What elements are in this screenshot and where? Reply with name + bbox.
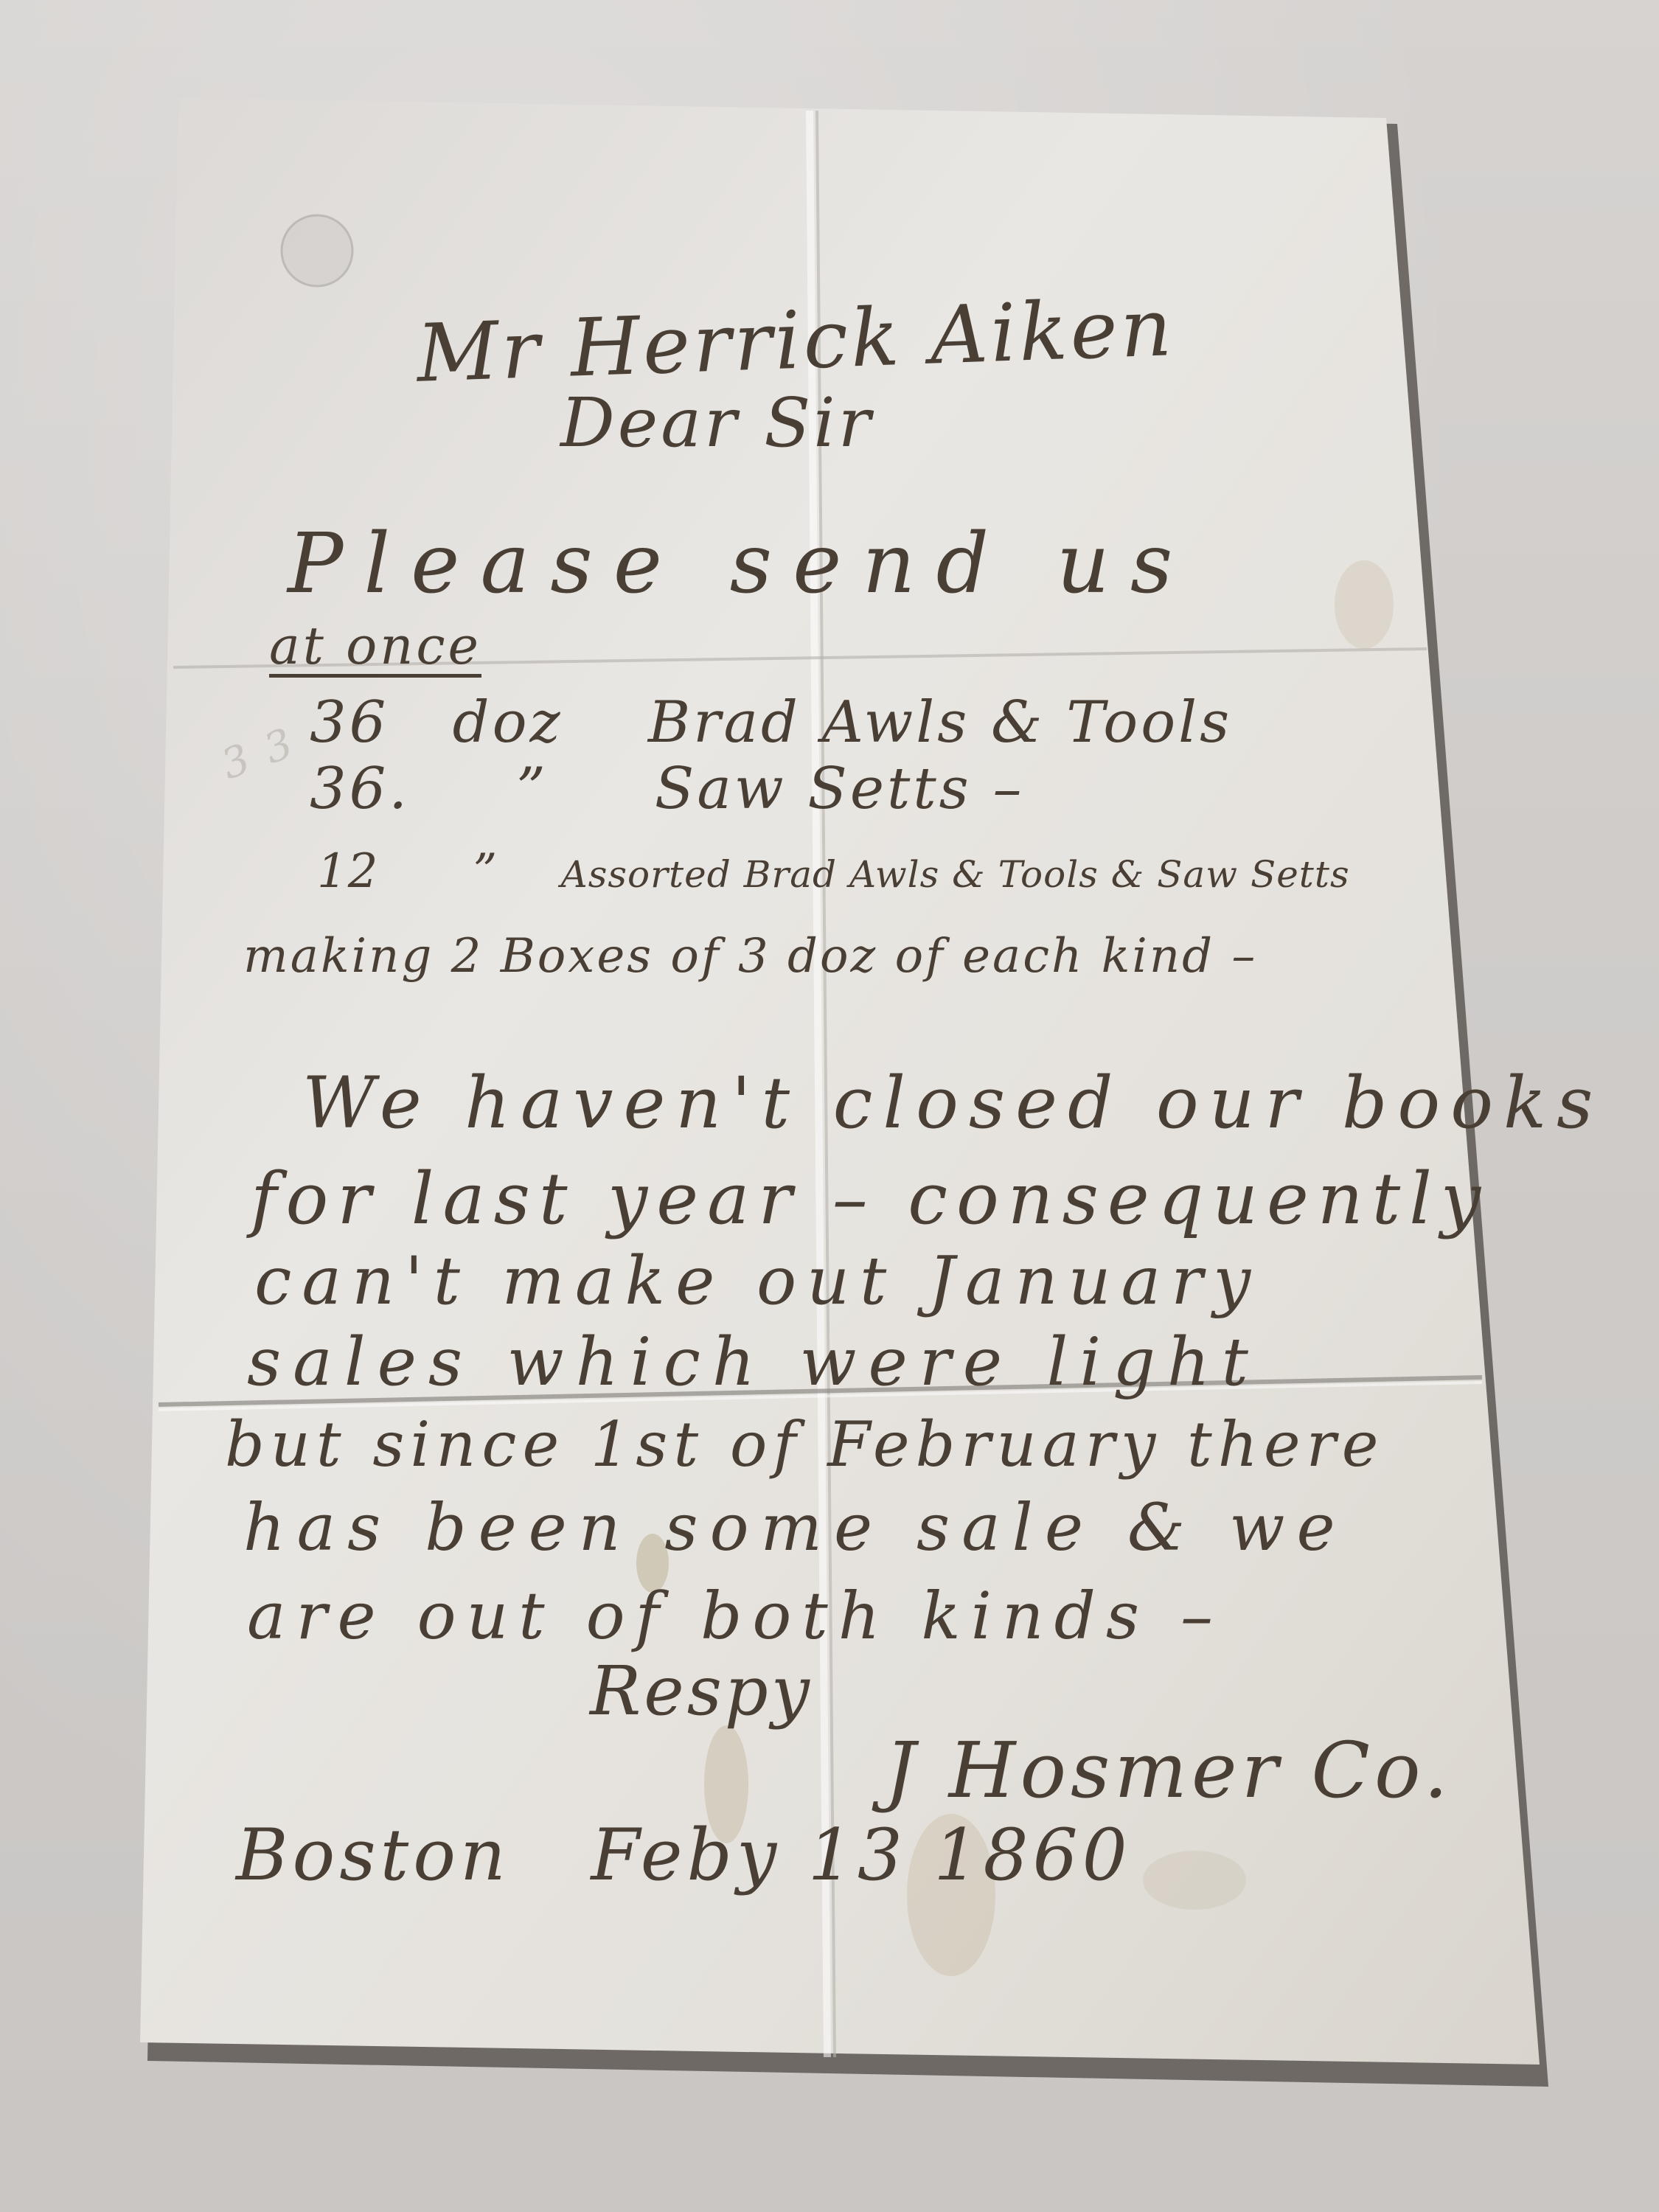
order-item-name: Saw Setts – bbox=[655, 756, 1025, 822]
place: Boston bbox=[236, 1814, 510, 1896]
order-qty: 12 bbox=[317, 844, 378, 899]
body-line: for last year – consequently bbox=[251, 1158, 1489, 1240]
order-note: making 2 Boxes of 3 doz of each kind – bbox=[243, 929, 1257, 984]
order-qty: 36 bbox=[310, 689, 389, 756]
order-unit: ” bbox=[516, 756, 549, 822]
body-line: but since 1st of February there bbox=[225, 1408, 1384, 1481]
body-line: can't make out January bbox=[254, 1242, 1261, 1320]
greeting: Dear Sir bbox=[560, 383, 874, 462]
order-item-name: Assorted Brad Awls & Tools & Saw Setts bbox=[561, 853, 1350, 896]
body-line: are out of both kinds – bbox=[247, 1578, 1223, 1654]
body-line: has been some sale & we bbox=[243, 1489, 1347, 1565]
order-unit: ” bbox=[473, 844, 498, 899]
place-date: Boston Feby 13 1860 bbox=[236, 1814, 1132, 1896]
body-line: We haven't closed our books bbox=[302, 1062, 1603, 1144]
order-item: 36 doz Brad Awls & Tools bbox=[310, 689, 1232, 756]
order-unit: doz bbox=[453, 689, 563, 756]
order-qty: 36. bbox=[310, 756, 410, 822]
order-item: 36. ” Saw Setts – bbox=[310, 756, 1025, 822]
signature: J Hosmer Co. bbox=[885, 1725, 1453, 1815]
body-line: sales which were light bbox=[247, 1324, 1260, 1401]
opening-line: Please send us bbox=[288, 516, 1193, 612]
date: Feby 13 1860 bbox=[591, 1814, 1131, 1896]
order-item: 12 ” Assorted Brad Awls & Tools & Saw Se… bbox=[317, 844, 1350, 899]
opening-at-once: at once bbox=[269, 616, 481, 676]
closing: Respy bbox=[590, 1652, 813, 1731]
order-item-name: Brad Awls & Tools bbox=[648, 689, 1232, 756]
